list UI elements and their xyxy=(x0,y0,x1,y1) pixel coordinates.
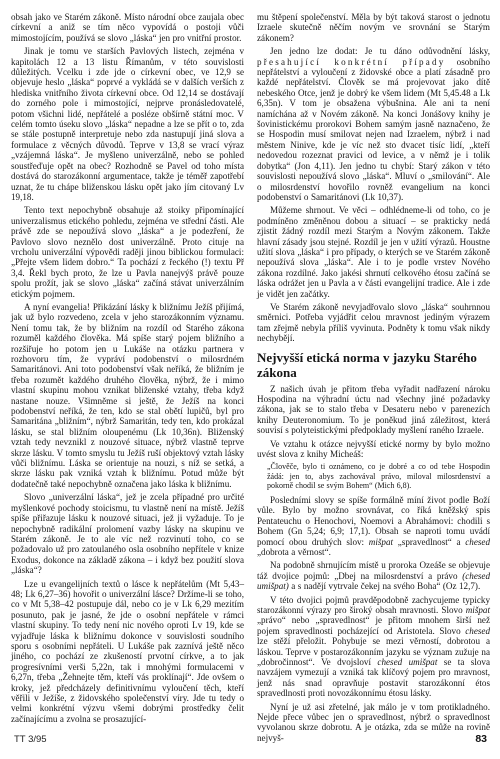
page-footer: TT 3/95 83 xyxy=(14,733,487,745)
text-run: Tento text nepochybně obsahuje až stoiky… xyxy=(11,205,244,298)
paragraph: Slovo „univerzální láska“, jež je zcela … xyxy=(11,492,244,575)
text-run: Ve Starém zákoně nevyjadřovalo slovo „lá… xyxy=(257,302,490,343)
text-run: Jinak je tomu ve starších Pavlových list… xyxy=(11,46,244,202)
text-run: přesahující konkrétní případy xyxy=(257,57,446,67)
text-run: a s nadějí vytrvale čekej na svého Boha“… xyxy=(289,581,480,591)
paragraph: Jen jedno lze dodat: Je tu dáno odůvodně… xyxy=(257,46,490,202)
text-run: Na podobně shrnujícím místě u proroka Oz… xyxy=(257,560,490,580)
text-run: mišpat xyxy=(466,605,490,615)
text-run: chesed xyxy=(465,537,490,547)
paragraph: Z našich úvah je přitom třeba vyřadit na… xyxy=(257,384,490,436)
text-run: A nyní evangelia! Přikázání lásky k bliž… xyxy=(11,302,244,489)
document-page: obsah jako ve Starém zákoně. Místo národ… xyxy=(0,0,500,759)
paragraph: Můžeme shrnout. Ve věci – odhlédneme-li … xyxy=(257,205,490,299)
text-run: Z našich úvah je přitom třeba vyřadit na… xyxy=(257,384,490,436)
text-run: „spravedlnost“ a xyxy=(393,537,465,547)
page-number: 83 xyxy=(475,733,487,745)
text-run: V této dvojici pojmů pravděpodobně zachy… xyxy=(257,595,490,615)
text-run: Můžeme shrnout. Ve věci – odhlédneme-li … xyxy=(257,205,490,298)
text-run: Nejvyšší etická norma v jazyku Starého z… xyxy=(257,350,477,380)
two-column-text-block: obsah jako ve Starém zákoně. Místo národ… xyxy=(0,0,500,746)
text-run: Ve vztahu k otázce nejvyšší etické normy… xyxy=(257,439,490,459)
text-run: obsah jako ve Starém zákoně. Místo národ… xyxy=(11,12,244,43)
text-run: osobního nepřátelství a vyloučení z žido… xyxy=(257,57,490,202)
paragraph: mu štěpení společenství. Měla by být tak… xyxy=(257,12,490,43)
text-column-left: obsah jako ve Starém zákoně. Místo národ… xyxy=(11,12,244,746)
text-run: mišpat xyxy=(369,537,393,547)
text-run: „dobrota a věrnost“. xyxy=(257,547,331,557)
paragraph: Jinak je tomu ve starších Pavlových list… xyxy=(11,46,244,202)
text-run: chesed xyxy=(465,626,490,636)
paragraph: Ve vztahu k otázce nejvyšší etické normy… xyxy=(257,439,490,460)
text-run: „Člověče, bylo ti oznámeno, co je dobré … xyxy=(267,462,490,490)
paragraph: A nyní evangelia! Přikázání lásky k bliž… xyxy=(11,302,244,489)
journal-issue-label: TT 3/95 xyxy=(14,734,47,745)
text-run: Jen jedno lze dodat: Je tu dáno odůvodně… xyxy=(270,46,490,56)
section-heading: Nejvyšší etická norma v jazyku Starého z… xyxy=(257,350,490,380)
paragraph: obsah jako ve Starém zákoně. Místo národ… xyxy=(11,12,244,43)
text-column-right: mu štěpení společenství. Měla by být tak… xyxy=(257,12,490,746)
text-run: Slovo „univerzální láska“, jež je zcela … xyxy=(11,492,244,575)
text-run: Lze u evangelijních textů o lásce k nepř… xyxy=(11,579,244,724)
text-run: „právo“ nebo „spravedlnost“ je přitom mn… xyxy=(257,615,490,635)
text-run: mu štěpení společenství. Měla by být tak… xyxy=(257,12,490,43)
text-run: chesed umišpat xyxy=(377,657,437,667)
paragraph: Posledními slovy se spíše formálně míní … xyxy=(257,495,490,557)
paragraph: Lze u evangelijních textů o lásce k nepř… xyxy=(11,579,244,725)
paragraph: V této dvojici pojmů pravděpodobně zachy… xyxy=(257,595,490,699)
paragraph: Ve Starém zákoně nevyjadřovalo slovo „lá… xyxy=(257,302,490,344)
paragraph: Tento text nepochybně obsahuje až stoiky… xyxy=(11,205,244,299)
block-quote: „Člověče, bylo ti oznámeno, co je dobré … xyxy=(267,462,490,491)
paragraph: Na podobně shrnujícím místě u proroka Oz… xyxy=(257,560,490,591)
